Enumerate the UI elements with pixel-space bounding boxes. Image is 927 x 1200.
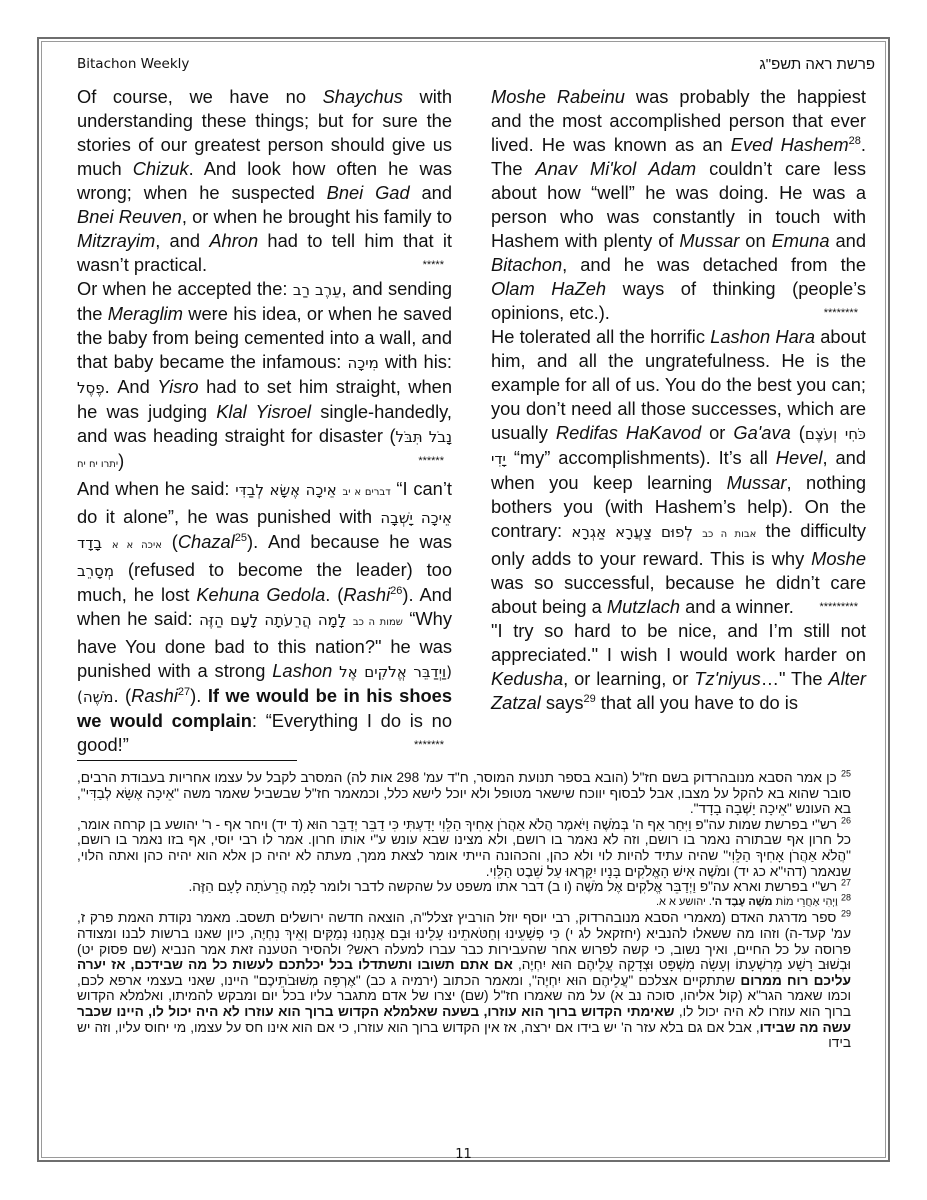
footnote-28: 28 וַיְהִי אַחֲרֵי מוֹת מֹשֶׁה עֶבֶד ה'.… bbox=[77, 895, 851, 911]
section-separator: ****** bbox=[418, 449, 444, 473]
footnote-number: 26 bbox=[841, 815, 851, 825]
footnote-26: 26 רש"י בפרשת שמות עה"פ וַיִּחַר אַף ה' … bbox=[77, 817, 851, 879]
paragraph: Of course, we have no Shaychus with unde… bbox=[77, 85, 452, 277]
footnote-25: 25 כן אמר הסבא מנובהרדוק בשם חז"ל (הובא … bbox=[77, 770, 851, 817]
paragraph: Moshe Rabeinu was probably the happiest … bbox=[491, 85, 866, 325]
page-number: 11 bbox=[0, 1147, 927, 1162]
section-separator: ***** bbox=[423, 253, 444, 277]
right-column: Moshe Rabeinu was probably the happiest … bbox=[491, 85, 866, 715]
footnote-ref[interactable]: 27 bbox=[178, 686, 190, 698]
source-citation: שמות ה כב bbox=[353, 617, 403, 628]
footnote-ref[interactable]: 26 bbox=[390, 585, 402, 597]
section-separator: ******** bbox=[824, 301, 858, 325]
footnote-27: 27 רש"י בפרשת וארא עה"פ וַיְדַבֵּר אֱלֹק… bbox=[77, 879, 851, 895]
footnote-29: 29 ספר מדרגת האדם (מאמרי הסבא מנובהרדוק,… bbox=[77, 910, 851, 1050]
footnote-separator bbox=[77, 760, 297, 761]
source-citation: איכה א א bbox=[112, 540, 162, 551]
section-separator: ******* bbox=[414, 733, 444, 757]
footnotes: 25 כן אמר הסבא מנובהרדוק בשם חז"ל (הובא … bbox=[77, 770, 851, 1051]
source-citation: דברים א יב bbox=[342, 487, 390, 498]
left-column: Of course, we have no Shaychus with unde… bbox=[77, 85, 452, 757]
paragraph: And when he said: אֵיכָה אֶשָּׂא לְבַדִּ… bbox=[77, 477, 452, 757]
publication-title: Bitachon Weekly bbox=[77, 56, 189, 72]
source-citation: אבות ה כב bbox=[702, 529, 756, 540]
footnote-ref[interactable]: 25 bbox=[235, 532, 247, 544]
parsha-title: פרשת ראה תשפ"ג bbox=[759, 56, 875, 73]
source-citation: יתרו יח יח bbox=[77, 459, 118, 470]
section-separator: ********* bbox=[819, 595, 858, 619]
footnote-ref[interactable]: 28 bbox=[849, 135, 861, 147]
footnote-number: 27 bbox=[841, 878, 851, 888]
paragraph: He tolerated all the horrific Lashon Har… bbox=[491, 325, 866, 619]
paragraph: "I try so hard to be nice, and I’m still… bbox=[491, 619, 866, 715]
footnote-number: 29 bbox=[841, 909, 851, 919]
footnote-ref[interactable]: 29 bbox=[583, 693, 595, 705]
footnote-number: 25 bbox=[841, 768, 851, 778]
paragraph: Or when he accepted the: עֵרֶב רַב, and … bbox=[77, 277, 452, 477]
footnote-number: 28 bbox=[841, 892, 851, 902]
